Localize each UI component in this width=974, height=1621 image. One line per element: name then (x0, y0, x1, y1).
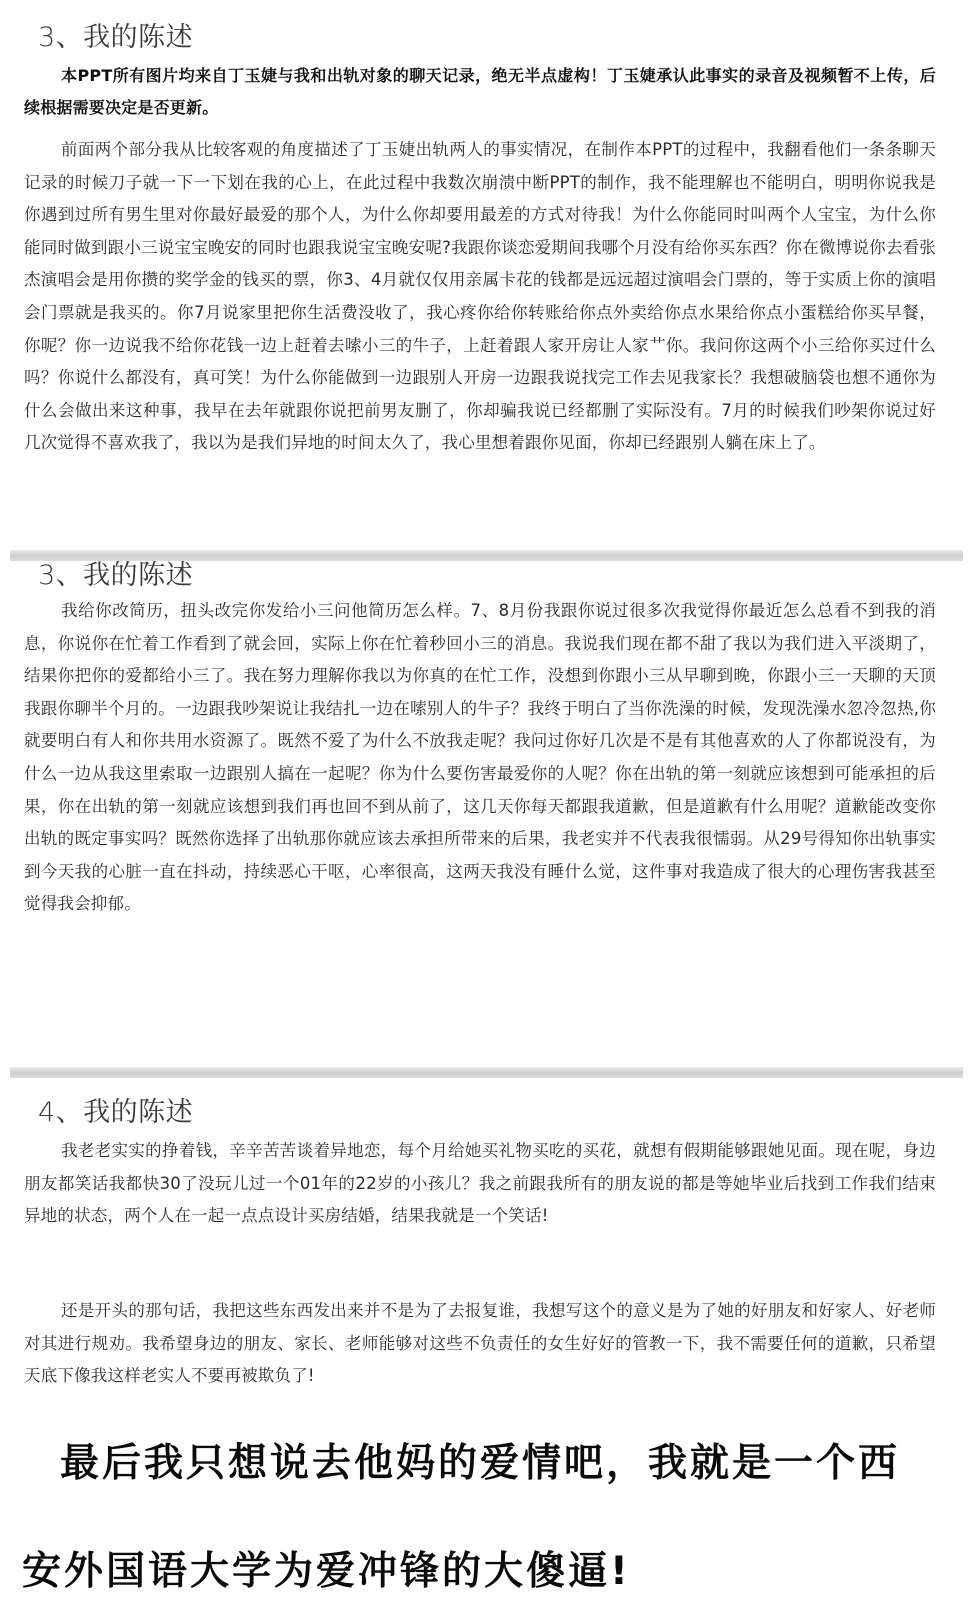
section-1-notice: 本PPT所有图片均来自丁玉婕与我和出轨对象的聊天记录，绝无半点虚构！丁玉婕承认此… (24, 60, 936, 124)
section-1-paragraph: 前面两个部分我从比较客观的角度描述了丁玉婕出轨两人的事实情况，在制作本PPT的过… (24, 134, 936, 460)
section-1-heading: 3、我的陈述 (38, 20, 193, 56)
page-divider-2 (10, 1067, 963, 1078)
section-3-paragraph-2: 还是开头的那句话，我把这些东西发出来并不是为了去报复谁，我想写这个的意义是为了她… (24, 1295, 936, 1393)
closing-line-2: 安外国语大学为爱冲锋的大傻逼! (22, 1548, 631, 1596)
section-2-paragraph: 我给你改简历，扭头改完你发给小三问他简历怎么样。7、8月份我跟你说过很多次我觉得… (24, 595, 936, 921)
section-3-heading: 4、我的陈述 (38, 1095, 193, 1131)
section-3-paragraph-1: 我老老实实的挣着钱，辛辛苦苦谈着异地恋，每个月给她买礼物买吃的买花，就想有假期能… (24, 1135, 936, 1233)
closing-line-1: 最后我只想说去他妈的爱情吧，我就是一个西 (60, 1440, 900, 1488)
section-2-heading: 3、我的陈述 (38, 558, 193, 594)
